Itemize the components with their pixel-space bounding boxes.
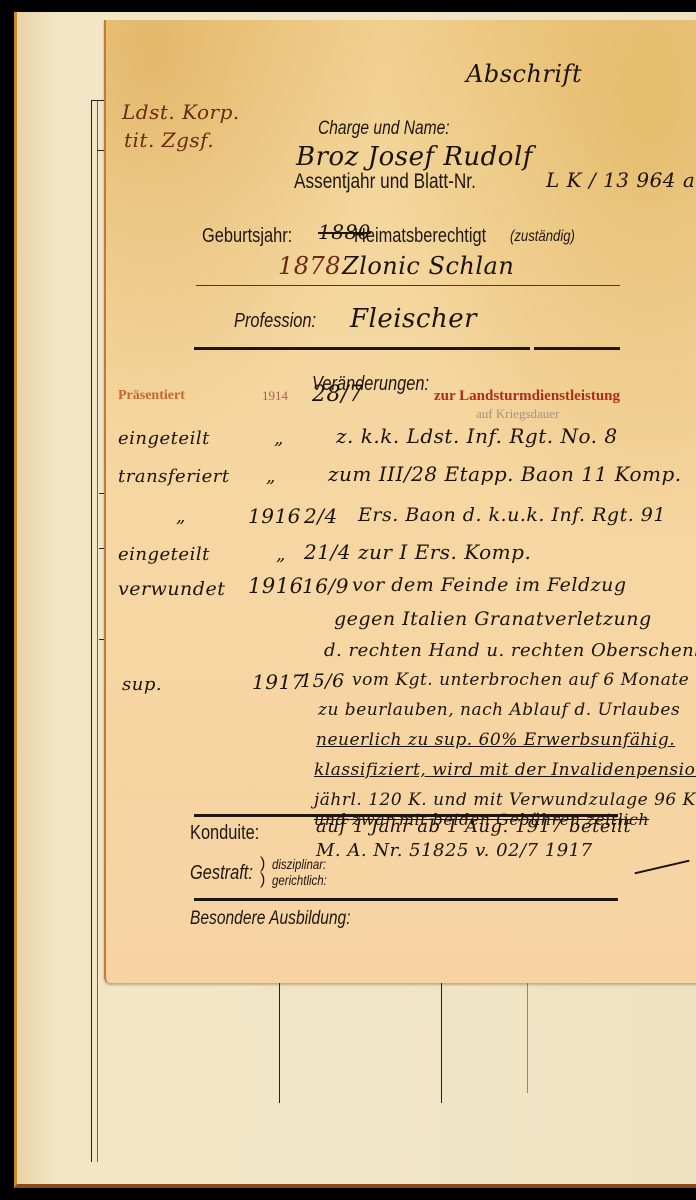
margin-note-line2: tit. Zgsf. xyxy=(124,128,214,152)
geburtsjahr-label: Geburtsjahr: xyxy=(202,225,292,248)
entry-left: eingeteilt xyxy=(118,544,210,565)
entry-text: z. k.k. Ldst. Inf. Rgt. No. 8 xyxy=(336,424,618,448)
entry-text-continued: jährl. 120 K. und mit Verwundzulage 96 K… xyxy=(314,790,696,810)
profession-value: Fleischer xyxy=(350,304,477,334)
heimat-value: Zlonic Schlan xyxy=(342,252,514,280)
gestraft-gerichtlich: gerichtlich: xyxy=(272,872,327,888)
entry-date: 16/9 xyxy=(302,574,349,598)
continuation-line2: M. A. Nr. 51825 v. 02/7 1917 xyxy=(316,840,593,861)
form-column-line xyxy=(441,983,442,1103)
dash-mark xyxy=(634,860,689,875)
entry-text-continued: gegen Italien Granatverletzung xyxy=(334,608,652,630)
form-column-line xyxy=(279,983,280,1103)
stamp-landsturm: zur Landsturmdienstleistung xyxy=(434,388,620,405)
entry-text-continued: zu beurlauben, nach Ablauf d. Urlaubes xyxy=(318,700,680,720)
continuation-line1: auf 1 Jahr ab 1 Aug. 1917 beteilt xyxy=(316,816,631,837)
entry-text-continued: klassifiziert, wird mit der Invalidenpen… xyxy=(314,760,696,780)
heimat-label: Heimatsberechtigt xyxy=(354,225,486,248)
changes-date-0: 28/7 xyxy=(312,382,363,407)
entry-left: transferiert xyxy=(118,466,230,487)
form-column-line xyxy=(97,100,98,1162)
charge-value: Broz Josef Rudolf xyxy=(296,142,533,172)
stamp-praesentiert: Präsentiert xyxy=(118,388,185,404)
brace-icon: )) xyxy=(260,856,265,888)
stamp-kriegsdauer: auf Kriegsdauer xyxy=(476,406,559,422)
entry-text: vor dem Feinde im Feldzug xyxy=(352,574,627,596)
profession-rule-right xyxy=(534,347,620,350)
entry-year: 1916 xyxy=(248,574,303,598)
abschrift-heading: Abschrift xyxy=(466,60,582,88)
margin-note-line1: Ldst. Korp. xyxy=(122,100,240,124)
gestraft-disziplinar: disziplinar: xyxy=(272,856,326,872)
konduite-label: Konduite: xyxy=(190,822,259,845)
entry-left: eingeteilt xyxy=(118,428,210,449)
profession-label: Profession: xyxy=(234,310,316,333)
entry-date: 15/6 xyxy=(300,670,345,692)
charge-label: Charge und Name: xyxy=(318,118,450,140)
entry-text: Ers. Baon d. k.u.k. Inf. Rgt. 91 xyxy=(358,504,666,526)
entry-text: zur I Ers. Komp. xyxy=(358,540,531,564)
entry-year: „ xyxy=(266,466,276,487)
entry-text: zum III/28 Etapp. Baon 11 Komp. xyxy=(328,462,682,486)
entry-year: „ xyxy=(276,544,286,565)
stamp-year: 1914 xyxy=(262,388,288,404)
entry-year: 1916 xyxy=(248,504,301,528)
record-card: Abschrift Ldst. Korp. tit. Zgsf. Charge … xyxy=(104,20,696,983)
assentjahr-label: Assentjahr und Blatt-Nr. xyxy=(294,170,476,194)
heimat-rule xyxy=(196,285,620,286)
geburtsjahr-value: 1878 xyxy=(278,252,341,280)
entry-text-continued: neuerlich zu sup. 60% Erwerbsunfähig. xyxy=(316,730,675,750)
form-column-line xyxy=(91,100,92,1162)
entry-year: 1917 xyxy=(252,670,305,694)
entry-left: sup. xyxy=(122,674,162,695)
entry-text: vom Kgt. unterbrochen auf 6 Monate xyxy=(352,670,689,690)
entry-date: 21/4 xyxy=(304,540,351,564)
entry-text-continued: d. rechten Hand u. rechten Oberschenkel xyxy=(324,640,696,661)
entry-left: „ xyxy=(176,506,186,527)
gestraft-label: Gestraft: xyxy=(190,862,253,885)
besondere-label: Besondere Ausbildung: xyxy=(190,908,351,930)
entry-left: verwundet xyxy=(118,578,225,600)
assentjahr-value: L K / 13 964 a xyxy=(546,168,695,192)
entry-date: 2/4 xyxy=(304,504,338,528)
heimat-sub-label: (zuständig) xyxy=(510,228,575,246)
entry-year: „ xyxy=(274,428,284,449)
profession-rule-left xyxy=(194,347,530,350)
gestraft-rule xyxy=(194,898,618,901)
form-column-line xyxy=(527,983,528,1093)
